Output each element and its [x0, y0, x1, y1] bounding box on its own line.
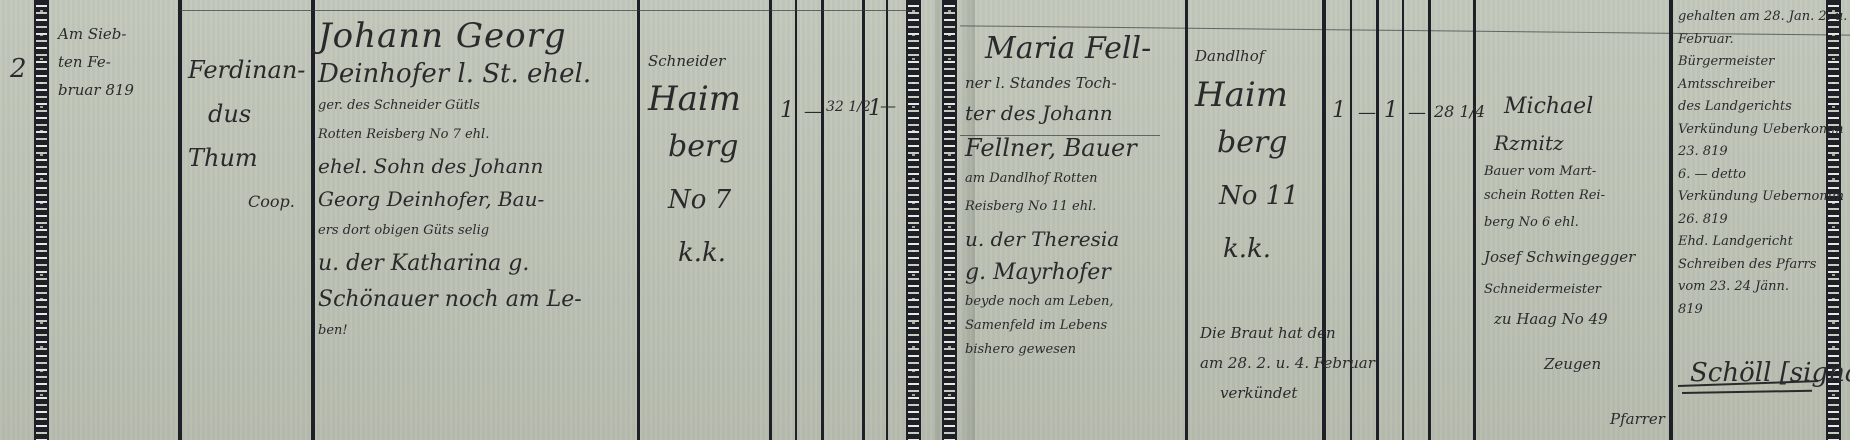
- groom-details: Johann Georg Deinhofer l. St. ehel. ger.…: [318, 16, 633, 344]
- rule-num2: [821, 0, 824, 440]
- rule-num4: [886, 0, 888, 440]
- top-rule-left: [180, 10, 910, 11]
- groom-num-d: —: [880, 98, 896, 114]
- bride-num-b: —: [1358, 104, 1376, 122]
- register-spread: 2 Am Sieb- ten Fe- bruar 819 Ferdinan- d…: [0, 0, 1850, 440]
- signature-flourish-2: [1682, 390, 1812, 394]
- groom-age: 32 1/2: [826, 100, 871, 114]
- rule-date: [178, 0, 182, 440]
- rule-priest: [311, 0, 315, 440]
- pfarrer-label: Pfarrer: [1610, 412, 1665, 427]
- bride-age: 28 1/4: [1434, 104, 1485, 120]
- officiating-priest: Ferdinan- dus Thum Coop.: [188, 48, 305, 224]
- groom-num-a: 1: [780, 100, 794, 122]
- rule-b-num4: [1402, 0, 1404, 440]
- center-braid-left: [906, 0, 921, 440]
- rule-age: [1473, 0, 1476, 440]
- marriage-date: Am Sieb- ten Fe- bruar 819: [58, 20, 134, 104]
- groom-num-b: —: [804, 103, 822, 121]
- bride-details: Maria Fell- ner l. Standes Toch- ter des…: [965, 28, 1185, 362]
- groom-residence: Schneider Haim berg No 7 k.k.: [648, 46, 741, 278]
- rule-b-num3: [1376, 0, 1379, 440]
- bride-residence: Dandlhof Haim berg No 11 k.k.: [1195, 40, 1299, 274]
- row-number: 2: [10, 56, 27, 82]
- bride-num-c: 1: [1384, 100, 1398, 122]
- rule-b-num5: [1428, 0, 1431, 440]
- rule-groom: [637, 0, 640, 440]
- banns-note: Die Braut hat den am 28. 2. u. 4. Februa…: [1200, 318, 1375, 408]
- witnesses: Michael Rzmitz Bauer vom Mart- schein Ro…: [1484, 88, 1664, 394]
- bride-num-a: 1: [1332, 100, 1346, 122]
- rule-witnesses: [1669, 0, 1673, 440]
- remarks: gehalten am 28. Jan. 2. u. 4. Februar. B…: [1678, 6, 1823, 321]
- rule-residence: [769, 0, 772, 440]
- rule-num3: [862, 0, 865, 440]
- rule-bride: [1185, 0, 1188, 440]
- rule-num1: [795, 0, 797, 440]
- left-border-braid: [34, 0, 49, 440]
- bride-num-d: —: [1408, 104, 1426, 122]
- center-braid-right: [942, 0, 957, 440]
